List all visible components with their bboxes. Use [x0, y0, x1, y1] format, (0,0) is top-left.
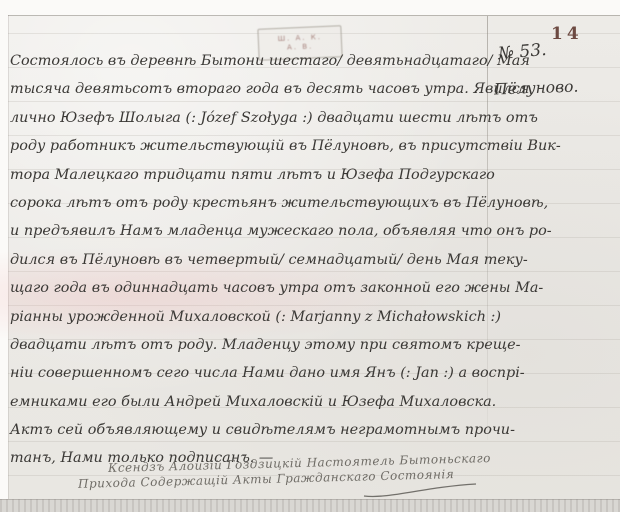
signature-flourish [362, 481, 480, 501]
page-number: 14 [551, 24, 583, 44]
scanned-document: Ш. А. К. А. В. 14 № 53. Пёлуново. Состоя… [0, 0, 620, 512]
record-line: щаго года въ одиннадцать часовъ утра отъ… [10, 274, 482, 302]
record-line: и предъявилъ Намъ младенца мужескаго пол… [10, 217, 482, 245]
record-line: дился въ Пёлуновѣ въ четвертый/ семнадца… [10, 246, 482, 274]
record-line: роду работникъ жительствующій въ Пёлунов… [10, 132, 482, 160]
record-line: ніи совершенномъ сего числа Нами дано им… [10, 359, 482, 387]
record-line: ріанны урожденной Михаловской (: Marjann… [10, 303, 482, 331]
record-line: сорока лѣтъ отъ роду крестьянъ жительств… [10, 189, 482, 217]
record-line: тора Малецкаго тридцати пяти лѣтъ и Юзеф… [10, 161, 482, 189]
record-line: Состоялось въ деревнѣ Бытони шестаго/ де… [10, 47, 482, 75]
record-line: двадцати лѣтъ отъ роду. Младенцу этому п… [10, 331, 482, 359]
record-line: Актъ сей объявляющему и свидѣтелямъ негр… [10, 416, 482, 444]
record-line: тысяча девятьсотъ втораго года въ десять… [10, 75, 482, 103]
record-line: емниками его были Андрей Михаловскій и Ю… [10, 388, 482, 416]
record-body: Состоялось въ деревнѣ Бытони шестаго/ де… [10, 47, 482, 473]
record-line: лично Юзефъ Шолыга (: Józef Szołyga :) д… [10, 104, 482, 132]
scan-bottom-edge [0, 499, 620, 512]
